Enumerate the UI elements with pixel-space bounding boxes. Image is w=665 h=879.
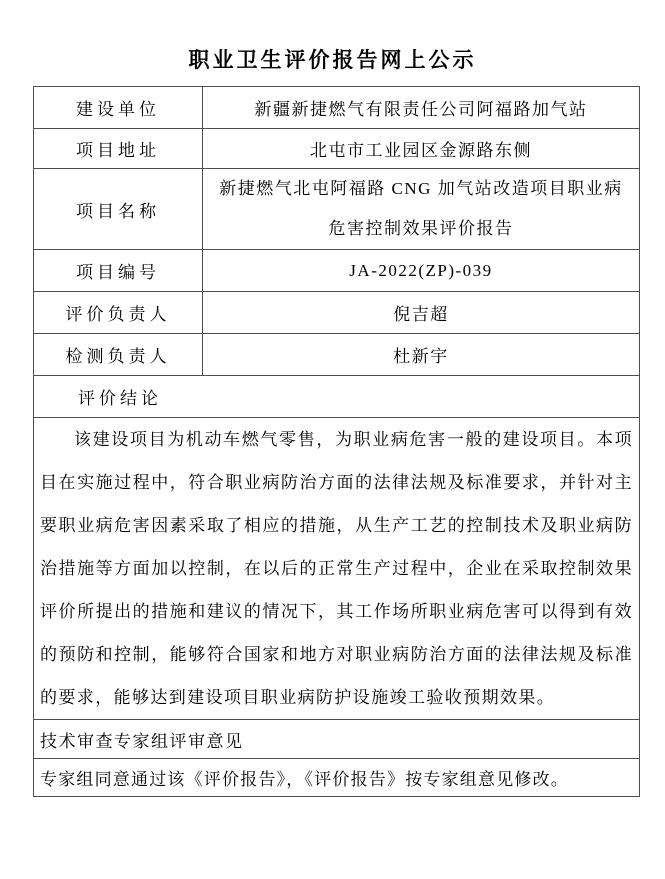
document-page: 职业卫生评价报告网上公示 建设单位 新疆新捷燃气有限责任公司阿福路加气站 项目地… bbox=[0, 0, 665, 879]
project-name-value: 新捷燃气北屯阿福路 CNG 加气站改造项目职业病危害控制效果评价报告 bbox=[203, 169, 640, 250]
project-address-label: 项目地址 bbox=[34, 129, 203, 169]
table-row-conclusion-body: 该建设项目为机动车燃气零售，为职业病危害一般的建设项目。本项目在实施过程中，符合… bbox=[34, 418, 640, 720]
table-row-expert-body: 专家组同意通过该《评价报告》，《评价报告》按专家组意见修改。 bbox=[34, 759, 640, 797]
testing-leader-label: 检测负责人 bbox=[34, 334, 203, 376]
table-row-project-address: 项目地址 北屯市工业园区金源路东侧 bbox=[34, 129, 640, 169]
project-name-label: 项目名称 bbox=[34, 169, 203, 250]
expert-review-text: 专家组同意通过该《评价报告》，《评价报告》按专家组意见修改。 bbox=[34, 759, 640, 797]
testing-leader-value: 杜新宇 bbox=[203, 334, 640, 376]
table-row-project-name: 项目名称 新捷燃气北屯阿福路 CNG 加气站改造项目职业病危害控制效果评价报告 bbox=[34, 169, 640, 250]
construction-unit-value: 新疆新捷燃气有限责任公司阿福路加气站 bbox=[203, 87, 640, 129]
project-address-value: 北屯市工业园区金源路东侧 bbox=[203, 129, 640, 169]
conclusion-text: 该建设项目为机动车燃气零售，为职业病危害一般的建设项目。本项目在实施过程中，符合… bbox=[34, 418, 639, 719]
table-row-project-number: 项目编号 JA-2022(ZP)-039 bbox=[34, 250, 640, 292]
project-number-label: 项目编号 bbox=[34, 250, 203, 292]
evaluation-leader-label: 评价负责人 bbox=[34, 292, 203, 334]
evaluation-leader-value: 倪吉超 bbox=[203, 292, 640, 334]
table-row-construction-unit: 建设单位 新疆新捷燃气有限责任公司阿福路加气站 bbox=[34, 87, 640, 129]
table-row-conclusion-header: 评价结论 bbox=[34, 376, 640, 418]
page-title: 职业卫生评价报告网上公示 bbox=[0, 46, 665, 74]
table-row-testing-leader: 检测负责人 杜新宇 bbox=[34, 334, 640, 376]
conclusion-label: 评价结论 bbox=[34, 376, 640, 418]
expert-review-label: 技术审查专家组评审意见 bbox=[34, 720, 640, 759]
construction-unit-label: 建设单位 bbox=[34, 87, 203, 129]
table-row-expert-header: 技术审查专家组评审意见 bbox=[34, 720, 640, 759]
conclusion-cell: 该建设项目为机动车燃气零售，为职业病危害一般的建设项目。本项目在实施过程中，符合… bbox=[34, 418, 640, 720]
report-table: 建设单位 新疆新捷燃气有限责任公司阿福路加气站 项目地址 北屯市工业园区金源路东… bbox=[33, 86, 640, 797]
table-row-evaluation-leader: 评价负责人 倪吉超 bbox=[34, 292, 640, 334]
project-name-text: 新捷燃气北屯阿福路 CNG 加气站改造项目职业病危害控制效果评价报告 bbox=[215, 169, 627, 249]
project-number-value: JA-2022(ZP)-039 bbox=[203, 250, 640, 292]
